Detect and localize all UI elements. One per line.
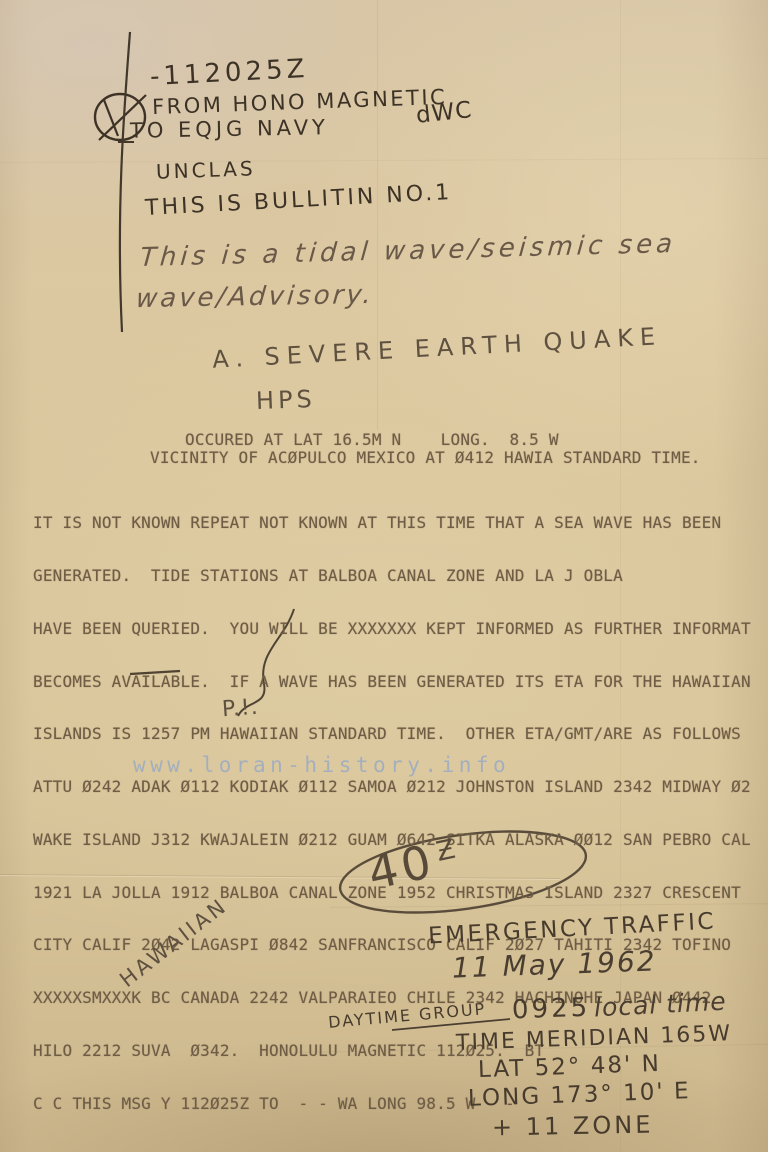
from-line: FROM HONO MAGNETIC xyxy=(152,85,448,119)
typed-heading-line2: VICINITY OF ACØPULCO MEXICO AT Ø412 HAWI… xyxy=(150,448,701,467)
watermark: www.loran-history.info xyxy=(133,753,510,777)
typed-body-line: ATTU Ø242 ADAK Ø112 KODIAK Ø112 SAMOA Ø2… xyxy=(33,778,751,796)
vertical-crease xyxy=(377,0,378,430)
classification-unclas: UNCLAS xyxy=(156,156,256,183)
advisory-cursive-line2: wave/Advisory. xyxy=(135,280,376,314)
to-line: TO EQJG NAVY xyxy=(130,115,329,142)
severity-note: A. SEVERE EARTH QUAKE xyxy=(212,322,663,374)
scanned-document: -112025Z FROM HONO MAGNETIC TO EQJG NAVY… xyxy=(0,0,768,1152)
typed-body-line: ISLANDS IS 1257 PM HAWAIIAN STANDARD TIM… xyxy=(33,725,751,743)
operator-initials: dWC xyxy=(415,97,474,129)
dtg-handwritten: -112025Z xyxy=(149,54,309,92)
bulletin-title: THIS IS BULLITIN NO.1 xyxy=(145,180,453,221)
initials-hps: HPS xyxy=(256,385,317,415)
typed-heading-line1: OCCURED AT LAT 16.5M N LONG. 8.5 W xyxy=(185,430,559,449)
advisory-cursive-line1: This is a tidal wave/seismic sea xyxy=(139,229,677,273)
typed-body-line: HAVE BEEN QUERIED. YOU WILL BE XXXXXXX K… xyxy=(33,620,751,638)
typed-body-line: BECOMES AVAILABLE. IF A WAVE HAS BEEN GE… xyxy=(33,673,751,691)
horizontal-crease xyxy=(0,158,768,163)
typed-body-line: GENERATED. TIDE STATIONS AT BALBOA CANAL… xyxy=(33,567,751,585)
vertical-pencil-line xyxy=(120,32,130,332)
daytime-group-value: 0925 xyxy=(512,993,591,1026)
zone-note: + 11 ZONE xyxy=(492,1111,654,1142)
typed-body-line: IT IS NOT KNOWN REPEAT NOT KNOWN AT THIS… xyxy=(33,514,751,532)
pencil-check-initials: P.!. xyxy=(221,695,259,722)
